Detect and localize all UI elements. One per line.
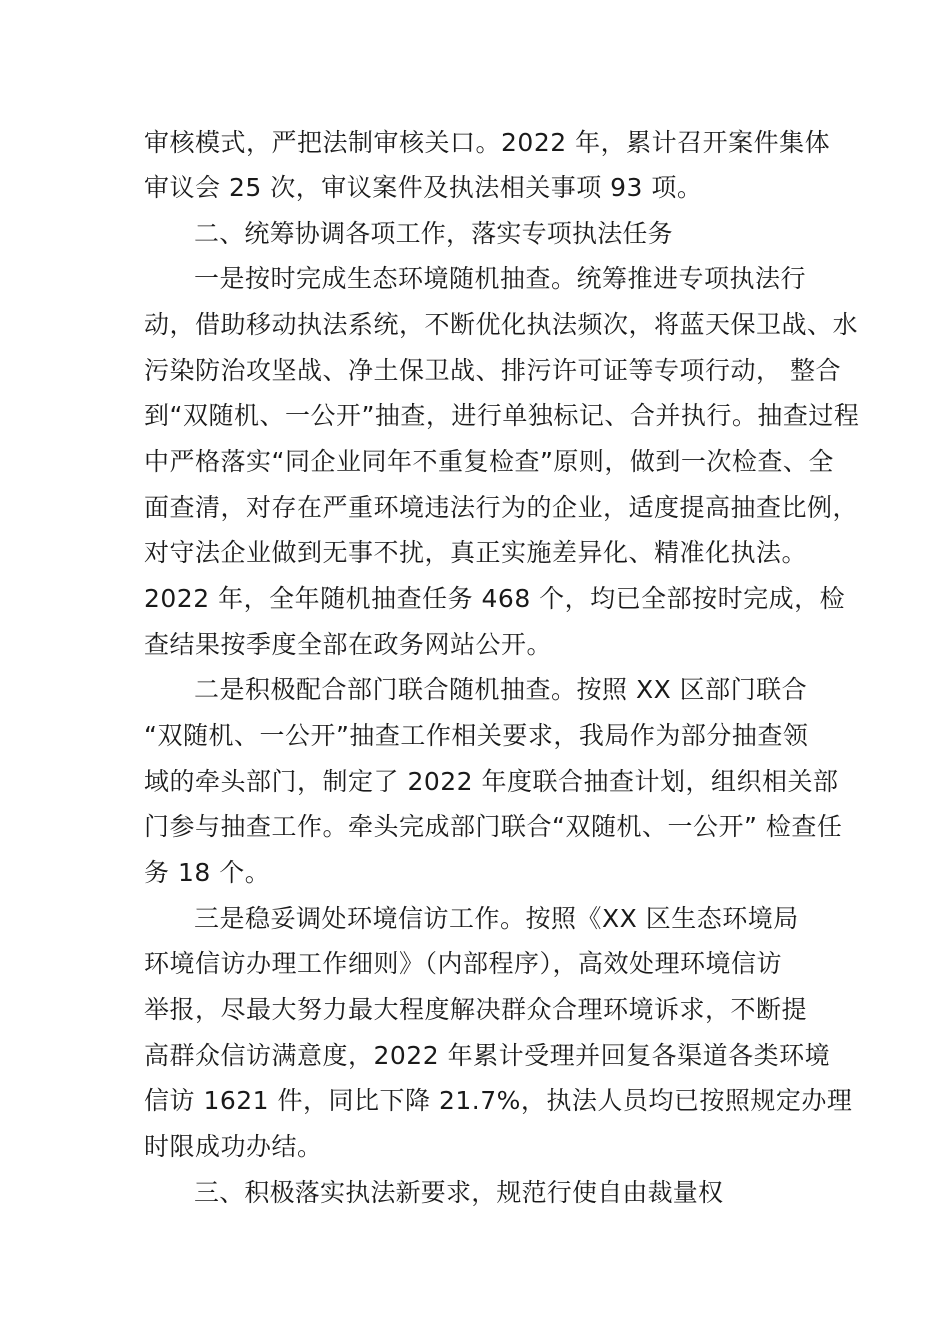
body-text-line: 高群众信访满意度，2022 年累计受理并回复各渠道各类环境 <box>144 1041 830 1071</box>
paragraph-start-line: 二是积极配合部门联合随机抽查。按照 XX 区部门联合 <box>194 675 807 705</box>
document-page: 审核模式，严把法制审核关口。2022 年，累计召开案件集体 审议会 25 次，审… <box>0 0 950 1344</box>
body-text-line: 2022 年，全年随机抽查任务 468 个，均已全部按时完成，检 <box>144 584 845 614</box>
body-text-line: 面查清，对存在严重环境违法行为的企业，适度提高抽查比例， <box>144 493 858 523</box>
body-text-line: 审议会 25 次，审议案件及执法相关事项 93 项。 <box>144 173 702 203</box>
paragraph-start-line: 一是按时完成生态环境随机抽查。统筹推进专项执法行 <box>194 264 806 294</box>
body-text-line: 污染防治攻坚战、净土保卫战、排污许可证等专项行动， 整合 <box>144 356 841 386</box>
body-text-line: 环境信访办理工作细则》（内部程序），高效处理环境信访 <box>144 949 782 979</box>
body-text-line: 查结果按季度全部在政务网站公开。 <box>144 630 552 660</box>
paragraph-start-line: 三是稳妥调处环境信访工作。按照《XX 区生态环境局 <box>194 904 799 934</box>
body-text-line: 时限成功办结。 <box>144 1132 323 1162</box>
section-heading-3: 三、积极落实执法新要求，规范行使自由裁量权 <box>194 1178 723 1208</box>
body-text-line: 中严格落实“同企业同年不重复检查”原则，做到一次检查、全 <box>144 447 834 477</box>
body-text-line: 务 18 个。 <box>144 858 270 888</box>
body-text-line: 动，借助移动执法系统，不断优化执法频次，将蓝天保卫战、水 <box>144 310 858 340</box>
section-heading-2: 二、统筹协调各项工作，落实专项执法任务 <box>194 219 673 249</box>
body-text-line: 对守法企业做到无事不扰，真正实施差异化、精准化执法。 <box>144 538 807 568</box>
body-text-line: 举报，尽最大努力最大程度解决群众合理环境诉求，不断提 <box>144 995 807 1025</box>
body-text-line: 门参与抽查工作。牵头完成部门联合“双随机、一公开” 检查任 <box>144 812 842 842</box>
body-text-line: 到“双随机、一公开”抽查，进行单独标记、合并执行。抽查过程 <box>144 401 859 431</box>
body-text-line: 审核模式，严把法制审核关口。2022 年，累计召开案件集体 <box>144 128 830 158</box>
body-text-line: 信访 1621 件，同比下降 21.7%，执法人员均已按照规定办理 <box>144 1086 852 1116</box>
body-text-line: “双随机、一公开”抽查工作相关要求，我局作为部分抽查领 <box>144 721 808 751</box>
body-text-line: 域的牵头部门，制定了 2022 年度联合抽查计划，组织相关部 <box>144 767 839 797</box>
